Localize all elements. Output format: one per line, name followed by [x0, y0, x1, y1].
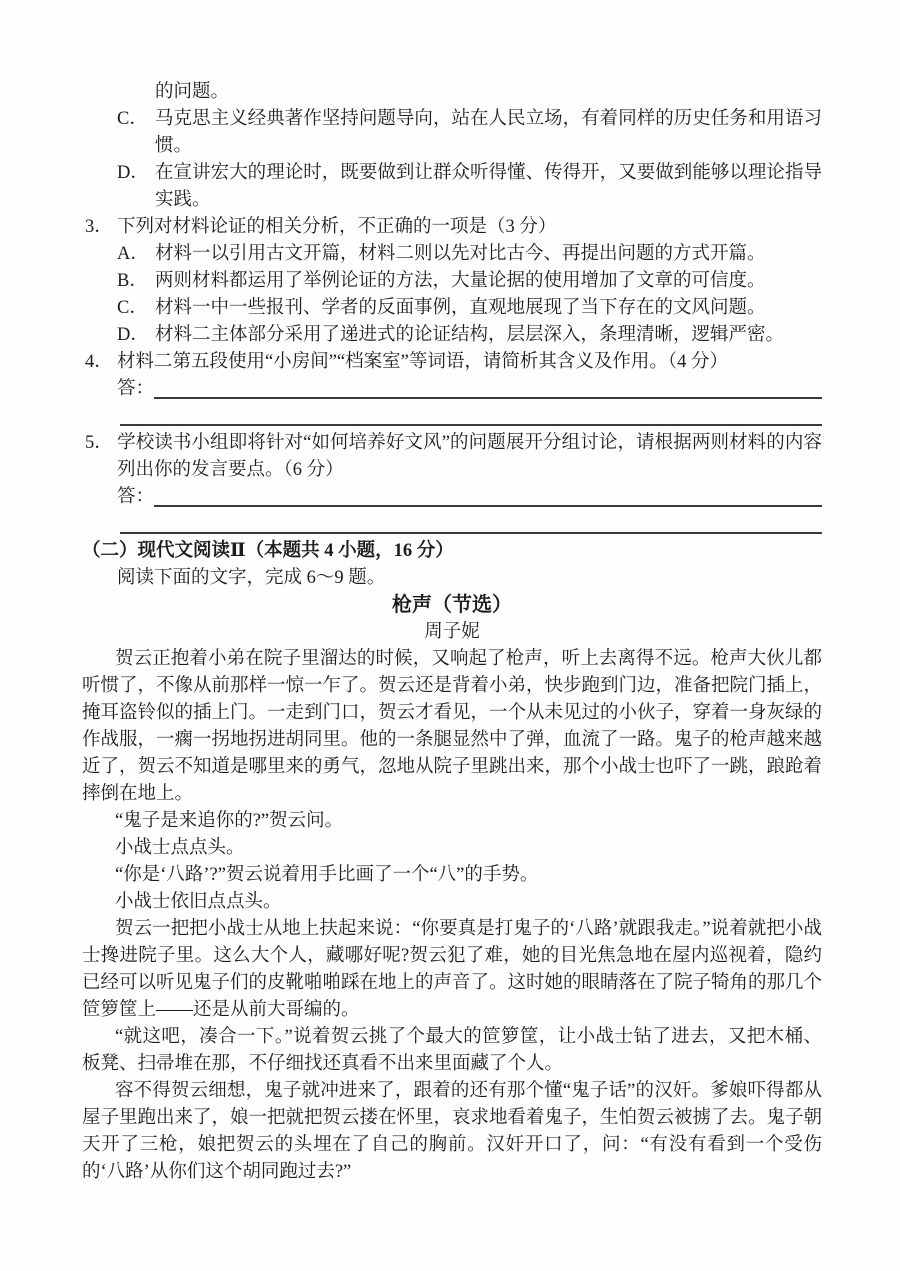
passage-paragraph: 小战士依旧点点头。 — [82, 889, 822, 916]
question-number: 3． — [85, 214, 117, 241]
option-letter: B． — [117, 268, 155, 295]
passage-body: 贺云正抱着小弟在院子里溜达的时候，又响起了枪声，听上去离得不远。枪声大伙儿都听惯… — [82, 646, 822, 1186]
question-4-answer-row: 答： — [82, 376, 822, 403]
question-4-stem: 4．材料二第五段使用“小房间”“档案室”等词语，请简析其含义及作用。（4 分） — [82, 349, 822, 376]
question-2-option-c: C．马克思主义经典著作坚持问题导向，站在人民立场，有着同样的历史任务和用语习惯。 — [82, 106, 822, 160]
question-number: 5． — [85, 430, 117, 457]
option-text: 材料一中一些报刊、学者的反面事例，直观地展现了当下存在的文风问题。 — [155, 298, 766, 318]
question-4-answer-blank-line-2 — [82, 403, 822, 430]
question-3-option-a: A．材料一以引用古文开篇，材料二则以先对比古今、再提出问题的方式开篇。 — [82, 241, 822, 268]
question-stem-text: 下列对材料论证的相关分析，不正确的一项是（3 分） — [117, 217, 556, 237]
passage-title: 枪声（节选） — [82, 592, 822, 619]
passage-author: 周子妮 — [82, 619, 822, 646]
question-2-option-d: D．在宣讲宏大的理论时，既要做到让群众听得懂、传得开，又要做到能够以理论指导实践… — [82, 160, 822, 214]
exam-page: 的问题。 C．马克思主义经典著作坚持问题导向，站在人民立场，有着同样的历史任务和… — [0, 0, 900, 1271]
passage-paragraph: 小战士点点头。 — [82, 835, 822, 862]
question-5-answer-blank-line-2 — [82, 511, 822, 538]
question-5-answer-row: 答： — [82, 484, 822, 511]
option-letter: A． — [117, 241, 155, 268]
answer-blank-line — [154, 376, 822, 399]
question-stem-text: 材料二第五段使用“小房间”“档案室”等词语，请简析其含义及作用。（4 分） — [117, 352, 728, 372]
question-3-option-b: B．两则材料都运用了举例论证的方法，大量论据的使用增加了文章的可信度。 — [82, 268, 822, 295]
answer-label: 答： — [117, 376, 154, 403]
passage-paragraph: 容不得贺云细想，鬼子就冲进来了，跟着的还有那个懂“鬼子话”的汉奸。爹娘吓得都从屋… — [82, 1078, 822, 1186]
passage-paragraph: “鬼子是来追你的?”贺云问。 — [82, 808, 822, 835]
option-text: 两则材料都运用了举例论证的方法，大量论据的使用增加了文章的可信度。 — [155, 271, 766, 291]
answer-blank-line — [120, 532, 822, 534]
option-letter: D． — [117, 160, 155, 187]
reading-instruction: 阅读下面的文字，完成 6～9 题。 — [82, 565, 822, 592]
passage-paragraph: 贺云一把把小战士从地上扶起来说：“你要真是打鬼子的‘八路’就跟我走。”说着就把小… — [82, 916, 822, 1024]
option-letter: D． — [117, 322, 155, 349]
answer-label: 答： — [117, 484, 154, 511]
question-2-carryover-text: 的问题。 — [82, 79, 822, 106]
option-text: 马克思主义经典著作坚持问题导向，站在人民立场，有着同样的历史任务和用语习惯。 — [155, 109, 822, 156]
question-5-stem: 5．学校读书小组即将针对“如何培养好文风”的问题展开分组讨论，请根据两则材料的内… — [82, 430, 822, 484]
option-text: 材料二主体部分采用了递进式的论证结构，层层深入，条理清晰，逻辑严密。 — [155, 325, 784, 345]
answer-blank-line — [120, 424, 822, 426]
option-letter: C． — [117, 106, 155, 133]
option-letter: C． — [117, 295, 155, 322]
question-3-stem: 3．下列对材料论证的相关分析，不正确的一项是（3 分） — [82, 214, 822, 241]
question-stem-text: 学校读书小组即将针对“如何培养好文风”的问题展开分组讨论，请根据两则材料的内容列… — [117, 433, 822, 480]
passage-paragraph: “就这吧，凑合一下。”说着贺云挑了个最大的笸箩筐，让小战士钻了进去，又把木桶、板… — [82, 1024, 822, 1078]
option-text: 材料一以引用古文开篇，材料二则以先对比古今、再提出问题的方式开篇。 — [155, 244, 766, 264]
answer-blank-line — [154, 484, 822, 507]
option-text: 在宣讲宏大的理论时，既要做到让群众听得懂、传得开，又要做到能够以理论指导实践。 — [155, 163, 822, 210]
passage-paragraph: “你是‘八路’?”贺云说着用手比画了一个“八”的手势。 — [82, 862, 822, 889]
question-number: 4． — [85, 349, 117, 376]
question-3-option-d: D．材料二主体部分采用了递进式的论证结构，层层深入，条理清晰，逻辑严密。 — [82, 322, 822, 349]
question-3-option-c: C．材料一中一些报刊、学者的反面事例，直观地展现了当下存在的文风问题。 — [82, 295, 822, 322]
section-2-header: （二）现代文阅读Ⅱ（本题共 4 小题，16 分） — [82, 538, 822, 565]
passage-paragraph: 贺云正抱着小弟在院子里溜达的时候，又响起了枪声，听上去离得不远。枪声大伙儿都听惯… — [82, 646, 822, 808]
